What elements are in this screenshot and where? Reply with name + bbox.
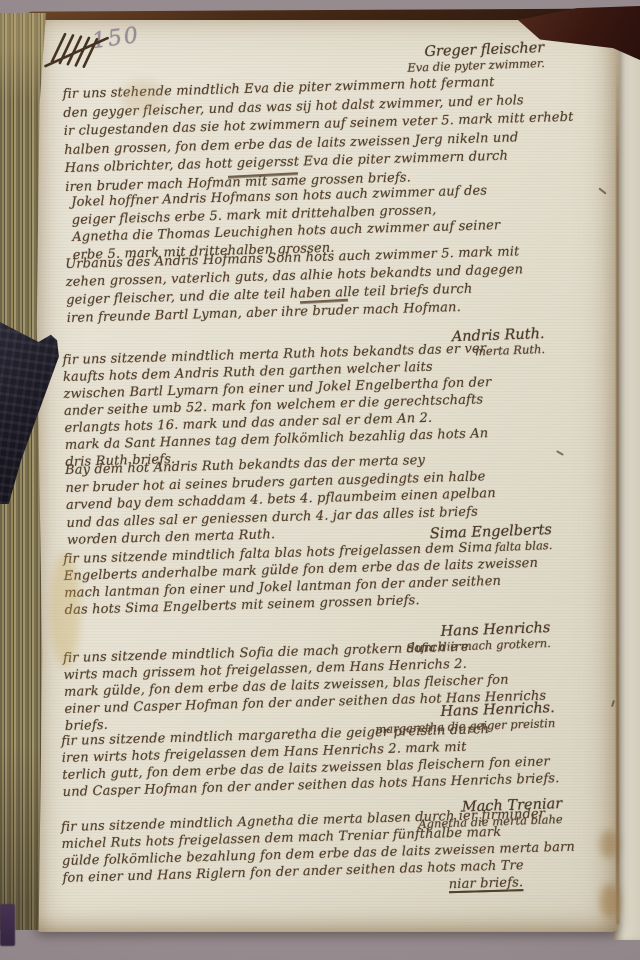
cover-sliver-bottom-left [0, 904, 15, 946]
book-photo: 150 Greger fleischer Eva die pyter zwimm… [0, 0, 640, 960]
manuscript-page [36, 20, 620, 932]
